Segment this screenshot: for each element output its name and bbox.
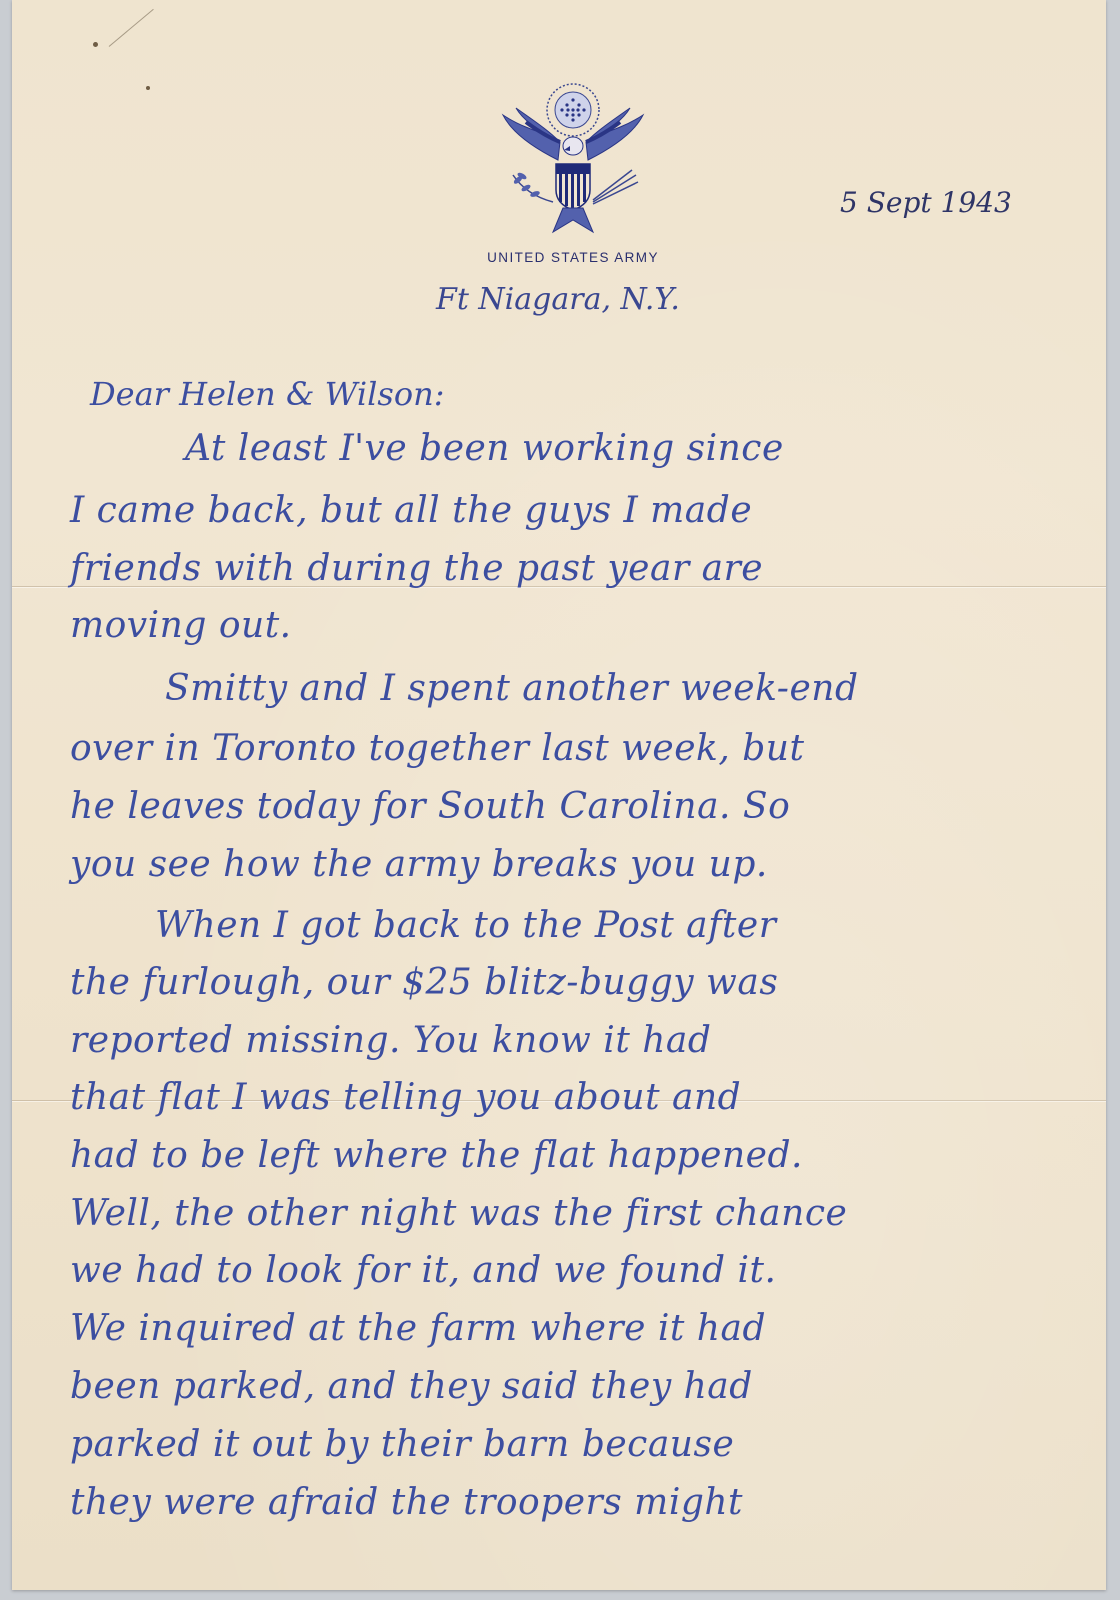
body-line: I came back, but all the guys I made — [70, 490, 752, 531]
body-line: been parked, and they said they had — [70, 1366, 753, 1407]
body-line: moving out. — [70, 605, 292, 646]
body-line: had to be left where the flat happened. — [70, 1135, 803, 1176]
body-line: Smitty and I spent another week-end — [165, 668, 858, 709]
body-line: We inquired at the farm where it had — [70, 1308, 766, 1349]
paper-spot — [93, 42, 98, 47]
body-line: we had to look for it, and we found it. — [70, 1250, 776, 1291]
body-line: friends with during the past year are — [70, 548, 763, 589]
body-line: the furlough, our $25 blitz-buggy was — [70, 962, 778, 1003]
paper-spot — [146, 86, 150, 90]
body-line: At least I've been working since — [185, 428, 784, 469]
letter-date: 5 Sept 1943 — [840, 186, 1012, 219]
body-line: Well, the other night was the first chan… — [70, 1193, 847, 1234]
body-line: he leaves today for South Carolina. So — [70, 786, 790, 827]
body-line: they were afraid the troopers might — [70, 1482, 743, 1523]
body-line: reported missing. You know it had — [70, 1020, 711, 1061]
body-line: parked it out by their barn because — [70, 1424, 734, 1465]
body-line: you see how the army breaks you up. — [70, 844, 768, 885]
letterhead: UNITED STATES ARMY — [428, 80, 718, 265]
paper-scratch — [109, 9, 154, 47]
body-line: that flat I was telling you about and — [70, 1077, 741, 1118]
great-seal-eagle-icon — [498, 80, 648, 240]
body-line: over in Toronto together last week, but — [70, 728, 804, 769]
organization-name: UNITED STATES ARMY — [428, 250, 718, 265]
body-line: When I got back to the Post after — [155, 905, 776, 946]
letter-greeting: Dear Helen & Wilson: — [90, 375, 444, 413]
letter-location: Ft Niagara, N.Y. — [436, 282, 680, 317]
